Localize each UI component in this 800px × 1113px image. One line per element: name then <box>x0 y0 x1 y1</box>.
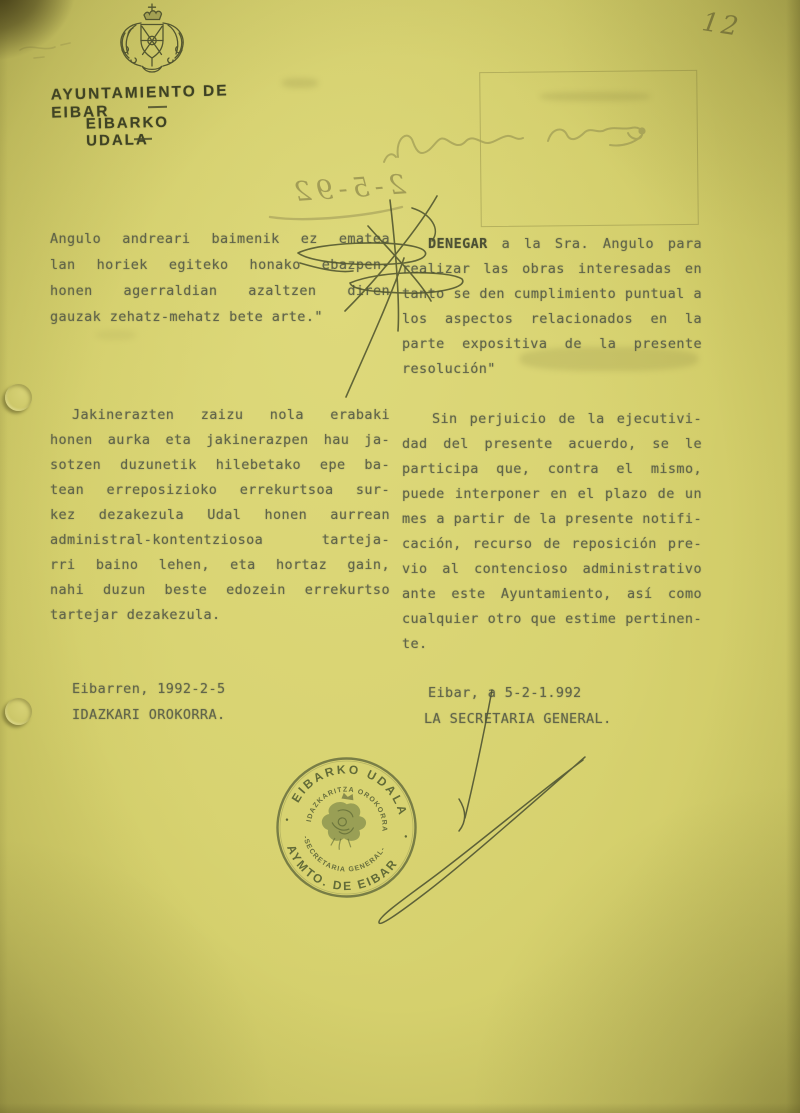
pencil-squiggle <box>20 43 70 58</box>
typewritten-line: kez dezakezula Udal honen aurrean <box>50 503 390 528</box>
typewritten-line: gauzak zehatz-mehatz bete arte." <box>50 304 390 330</box>
rubber-stamp-seal: EIBARKO UDALA AYMTO. DE EIBAR -IDAZKARIT… <box>270 751 423 904</box>
signer-line: IDAZKARI OROKORRA. <box>50 703 390 728</box>
left-date-block: Eibarren, 1992-2-5 IDAZKARI OROKORRA. <box>50 676 390 728</box>
left-paragraph-2: Jakinerazten zaizu nola erabaki honen au… <box>50 403 390 628</box>
right-paragraph-1: DENEGAR a la Sra. Angulo para realizar l… <box>402 232 702 382</box>
punch-hole-top <box>5 384 32 411</box>
photo-corner-shadow <box>0 0 82 66</box>
typewritten-line: puede interponer en el plazo de un <box>402 482 702 507</box>
right-paragraph-2: Sin perjuicio de la ejecutivi- dad del p… <box>402 407 702 657</box>
bleed-smudge <box>282 78 318 88</box>
typewritten-line: resolución" <box>402 357 702 382</box>
typewritten-line: vio al contencioso administrativo <box>402 557 702 582</box>
typewritten-line: los aspectos relacionados en la <box>402 307 702 332</box>
scanned-document-page: 12 AYUNTAMIEN <box>0 0 800 1113</box>
letterhead-rule-1 <box>148 106 167 109</box>
denegar-word: DENEGAR <box>428 236 488 252</box>
bleed-smudge <box>540 92 650 101</box>
typewritten-line: cación, recurso de reposición pre- <box>402 532 702 557</box>
typewritten-line: te. <box>402 632 702 657</box>
bleed-smudge <box>96 330 136 340</box>
mirrored-handwritten-date: 2-5-92 <box>271 169 407 209</box>
typewritten-line: sotzen duzunetik hilebetako epe ba- <box>50 453 390 478</box>
line-rest: a la Sra. Angulo para <box>488 236 702 252</box>
right-date-block: Eibar, a 5-2-1.992 LA SECRETARIA GENERAL… <box>402 680 702 732</box>
typewritten-line: DENEGAR a la Sra. Angulo para <box>402 232 702 257</box>
typewritten-line: nahi duzun beste edozein errekurtso <box>50 578 390 603</box>
punch-hole-bottom <box>5 698 32 725</box>
typewritten-line: realizar las obras interesadas en <box>402 257 702 282</box>
signer-line: LA SECRETARIA GENERAL. <box>402 707 702 732</box>
typewritten-line: participa que, contra el mismo, <box>402 457 702 482</box>
typewritten-line: Jakinerazten zaizu nola erabaki <box>50 403 390 428</box>
typewritten-line: lan horiek egiteko honako ebazpen- <box>50 252 390 278</box>
coat-of-arms <box>111 2 193 82</box>
typewritten-line: dad del presente acuerdo, se le <box>402 432 702 457</box>
typewritten-line: Angulo andreari baimenik ez ematea <box>50 226 390 252</box>
typewritten-line: administral-kontentziosoa tarteja- <box>50 528 390 553</box>
date-line: Eibarren, 1992-2-5 <box>50 676 390 703</box>
typewritten-line: parte expositiva de la presente <box>402 332 702 357</box>
stamp-right-dot: • <box>404 831 409 841</box>
pencil-underline <box>270 207 402 219</box>
date-line: Eibar, a 5-2-1.992 <box>402 680 702 707</box>
typewritten-line: cualquier otro que estime pertinen- <box>402 607 702 632</box>
typewritten-line: ante este Ayuntamiento, así como <box>402 582 702 607</box>
letterhead-title-basque: EIBARKO UDALA <box>86 112 237 149</box>
typewritten-line: tanto se den cumplimiento puntual a <box>402 282 702 307</box>
handwritten-page-number: 12 <box>700 7 743 43</box>
typewritten-line: honen agerraldian azaltzen diren <box>50 278 390 304</box>
typewritten-line: mes a partir de la presente notifi- <box>402 507 702 532</box>
stamp-left-dot: • <box>285 814 290 824</box>
typewritten-line: honen aurka eta jakinerazpen hau ja- <box>50 428 390 453</box>
left-paragraph-1: Angulo andreari baimenik ez ematea lan h… <box>50 226 390 330</box>
letterhead-rule-2 <box>134 138 152 141</box>
typewritten-line: Sin perjuicio de la ejecutivi- <box>402 407 702 432</box>
typewritten-line: tean erreposizioko errekurtsoa sur- <box>50 478 390 503</box>
typewritten-line: rri baino lehen, eta hortaz gain, <box>50 553 390 578</box>
typewritten-line: tartejar dezakezula. <box>50 603 390 628</box>
